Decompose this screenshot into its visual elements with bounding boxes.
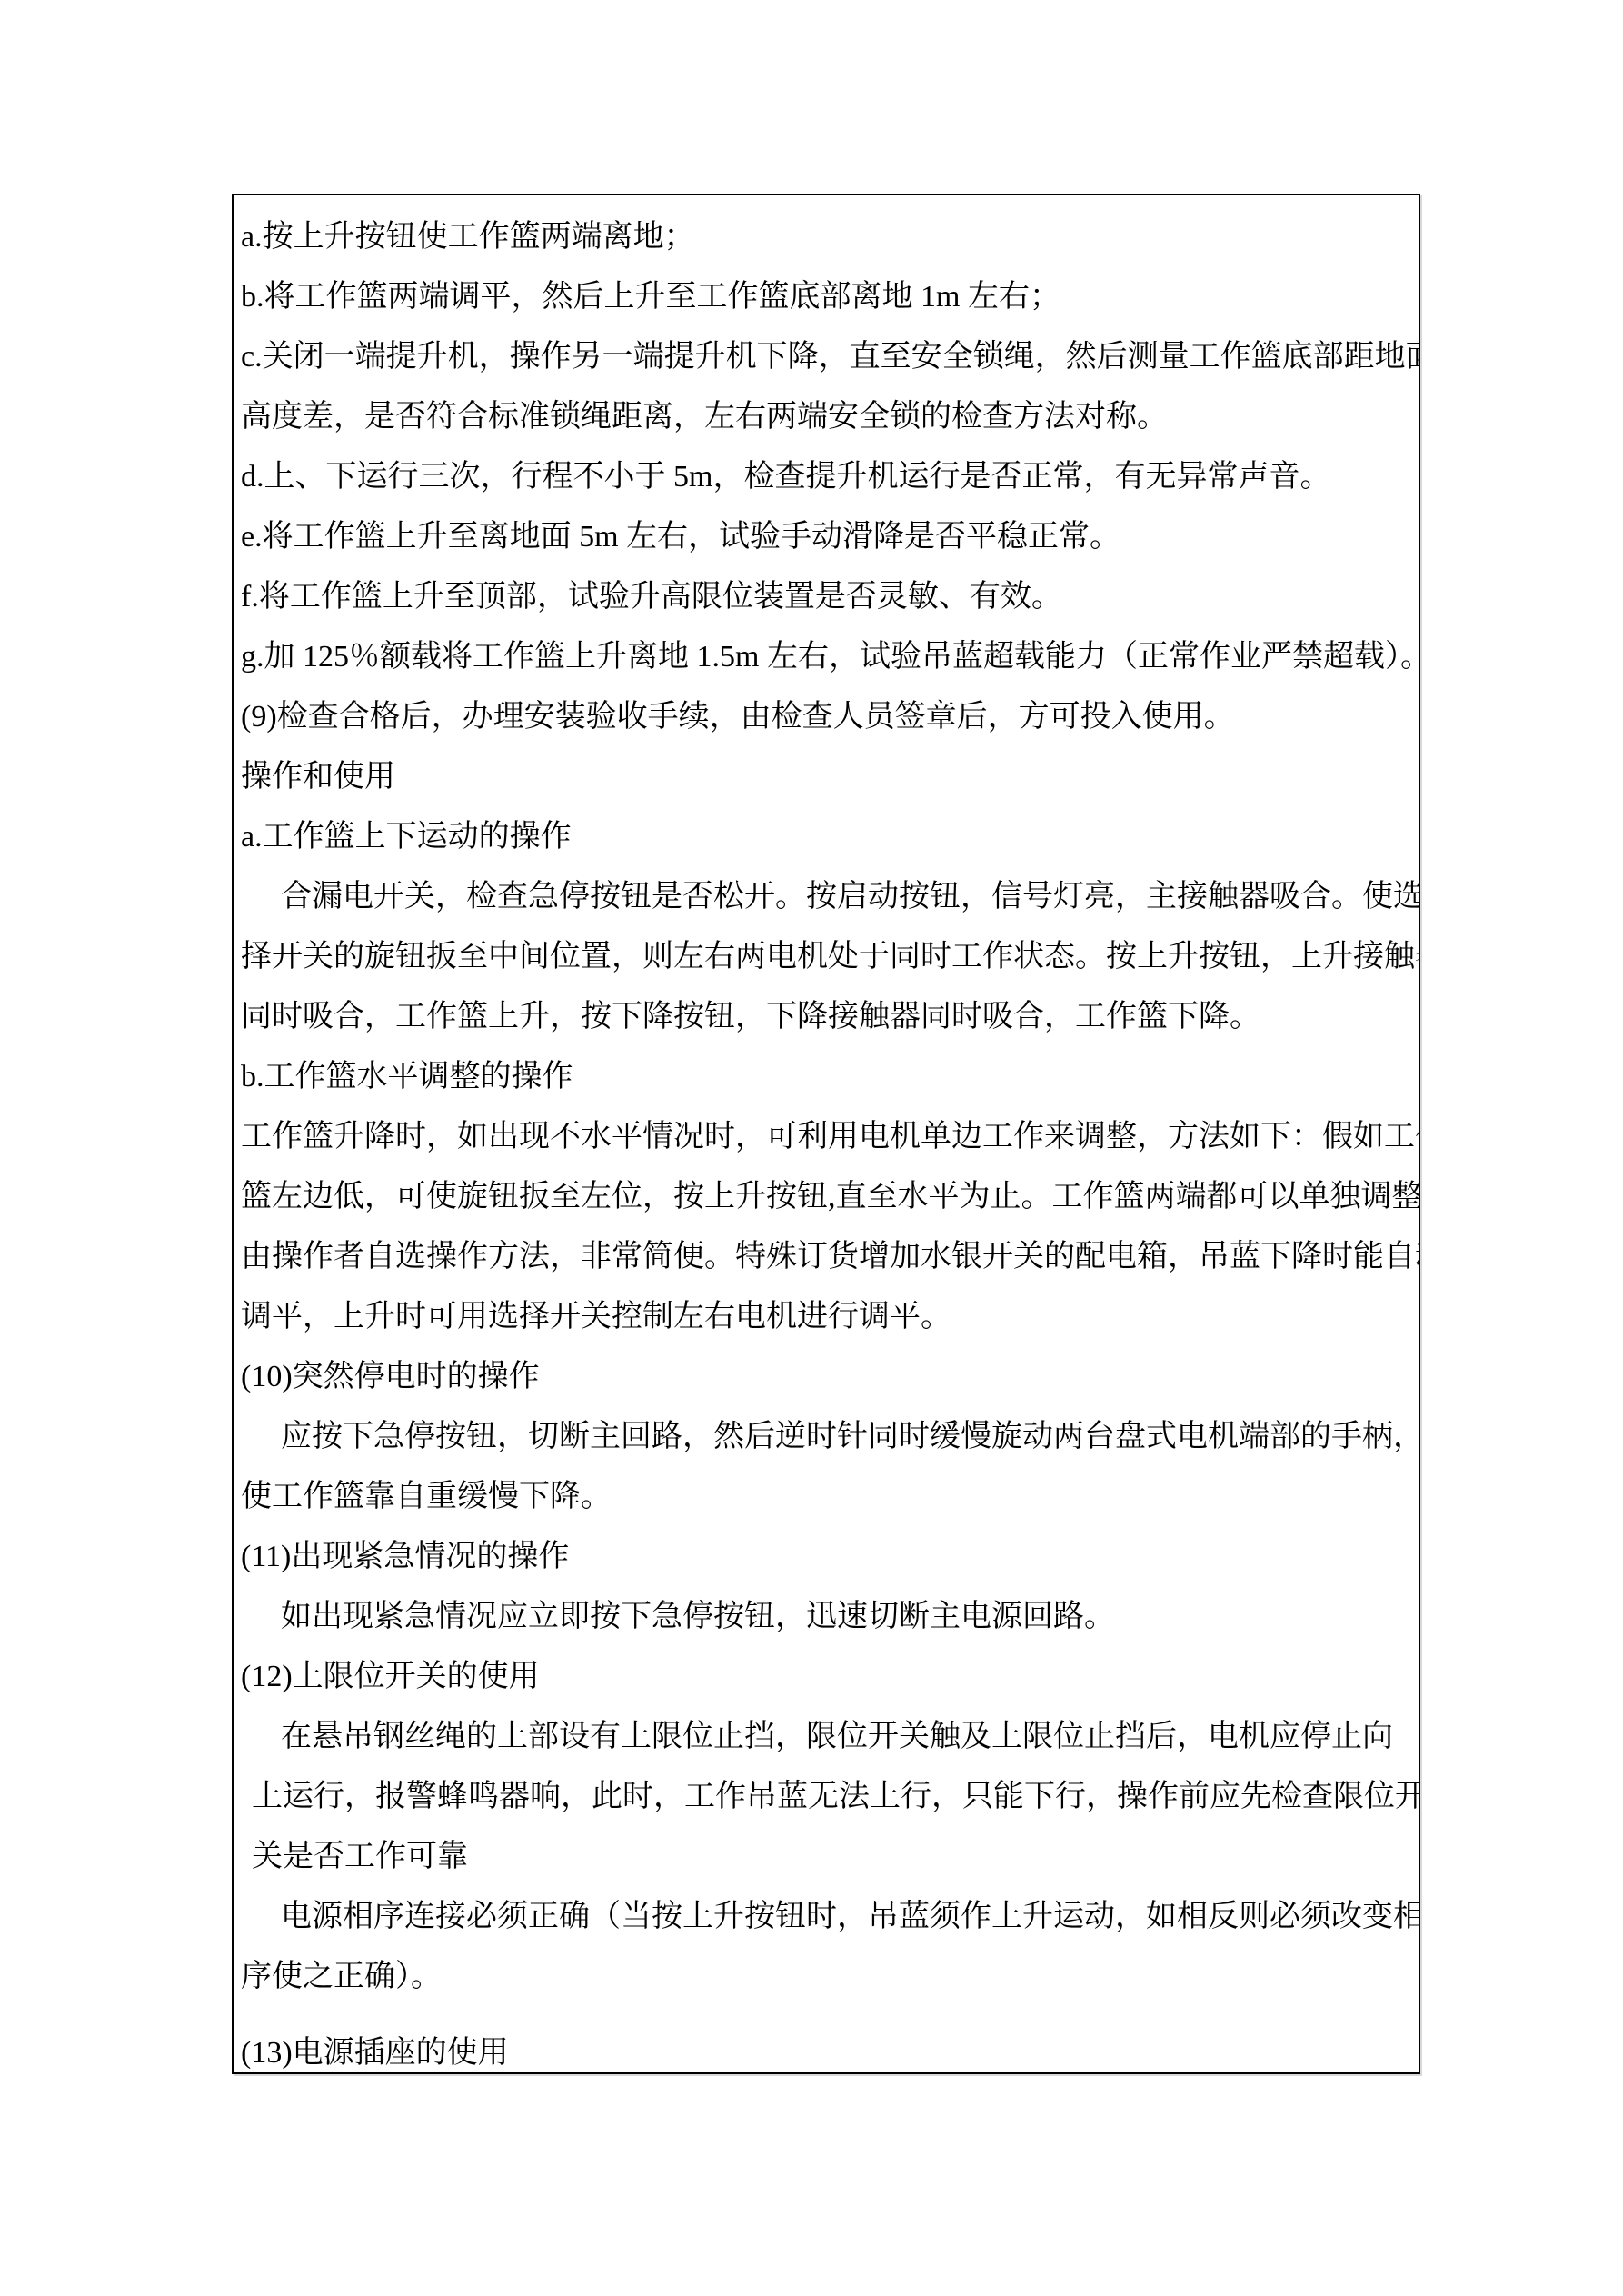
text-line: c.关闭一端提升机，操作另一端提升机下降，直至安全锁绳，然后测量工作篮底部距地面 [241, 327, 1402, 387]
text-line: 调平，上升时可用选择开关控制左右电机进行调平。 [241, 1287, 1402, 1347]
text-line: 使工作篮靠自重缓慢下降。 [241, 1467, 1402, 1527]
text-line: 篮左边低，可使旋钮扳至左位，按上升按钮,直至水平为止。工作篮两端都可以单独调整， [241, 1167, 1402, 1227]
text-line: (11)出现紧急情况的操作 [241, 1527, 1402, 1587]
text-line: 在悬吊钢丝绳的上部设有上限位止挡，限位开关触及上限位止挡后，电机应停止向 [241, 1707, 1402, 1767]
text-line: f.将工作篮上升至顶部，试验升高限位装置是否灵敏、有效。 [241, 567, 1402, 627]
text-line: 工作篮升降时，如出现不水平情况时，可利用电机单边工作来调整，方法如下：假如工作 [241, 1107, 1402, 1167]
text-line: b.工作篮水平调整的操作 [241, 1047, 1402, 1107]
text-line: 关是否工作可靠 [241, 1827, 1402, 1887]
text-line: 电源相序连接必须正确（当按上升按钮时，吊蓝须作上升运动，如相反则必须改变相 [241, 1887, 1402, 1947]
text-line: 序使之正确）。 [241, 1947, 1402, 2007]
text-line: 择开关的旋钮扳至中间位置，则左右两电机处于同时工作状态。按上升按钮，上升接触器 [241, 927, 1402, 987]
text-line: (10)突然停电时的操作 [241, 1347, 1402, 1407]
text-line: a.按上升按钮使工作篮两端离地； [241, 207, 1402, 267]
document-page: a.按上升按钮使工作篮两端离地；b.将工作篮两端调平，然后上升至工作篮底部离地 … [0, 0, 1623, 2296]
text-line: 如出现紧急情况应立即按下急停按钮，迅速切断主电源回路。 [241, 1587, 1402, 1647]
text-line: 应按下急停按钮，切断主回路，然后逆时针同时缓慢旋动两台盘式电机端部的手柄， [241, 1407, 1402, 1467]
text-line: g.加 125％额载将工作篮上升离地 1.5m 左右，试验吊蓝超载能力（正常作业… [241, 627, 1402, 687]
text-line: 上运行，报警蜂鸣器响，此时，工作吊蓝无法上行，只能下行，操作前应先检查限位开 [241, 1767, 1402, 1827]
text-line: 同时吸合，工作篮上升，按下降按钮，下降接触器同时吸合，工作篮下降。 [241, 987, 1402, 1047]
text-line: (9)检查合格后，办理安装验收手续，由检查人员签章后，方可投入使用。 [241, 687, 1402, 747]
text-line: d.上、下运行三次，行程不小于 5m，检查提升机运行是否正常，有无异常声音。 [241, 447, 1402, 507]
document-border-box: a.按上升按钮使工作篮两端离地；b.将工作篮两端调平，然后上升至工作篮底部离地 … [232, 194, 1420, 2074]
text-line: e.将工作篮上升至离地面 5m 左右，试验手动滑降是否平稳正常。 [241, 507, 1402, 567]
text-line: 由操作者自选操作方法，非常简便。特殊订货增加水银开关的配电箱，吊蓝下降时能自动 [241, 1227, 1402, 1287]
text-line: a.工作篮上下运动的操作 [241, 807, 1402, 867]
text-line: b.将工作篮两端调平，然后上升至工作篮底部离地 1m 左右； [241, 267, 1402, 327]
text-line: (12)上限位开关的使用 [241, 1647, 1402, 1707]
text-line: 高度差，是否符合标准锁绳距离，左右两端安全锁的检查方法对称。 [241, 387, 1402, 447]
document-text-block: a.按上升按钮使工作篮两端离地；b.将工作篮两端调平，然后上升至工作篮底部离地 … [241, 207, 1402, 2074]
text-line: 操作和使用 [241, 747, 1402, 807]
text-line: (13)电源插座的使用 [241, 2023, 1402, 2074]
text-line: 合漏电开关，检查急停按钮是否松开。按启动按钮，信号灯亮，主接触器吸合。使选 [241, 867, 1402, 927]
